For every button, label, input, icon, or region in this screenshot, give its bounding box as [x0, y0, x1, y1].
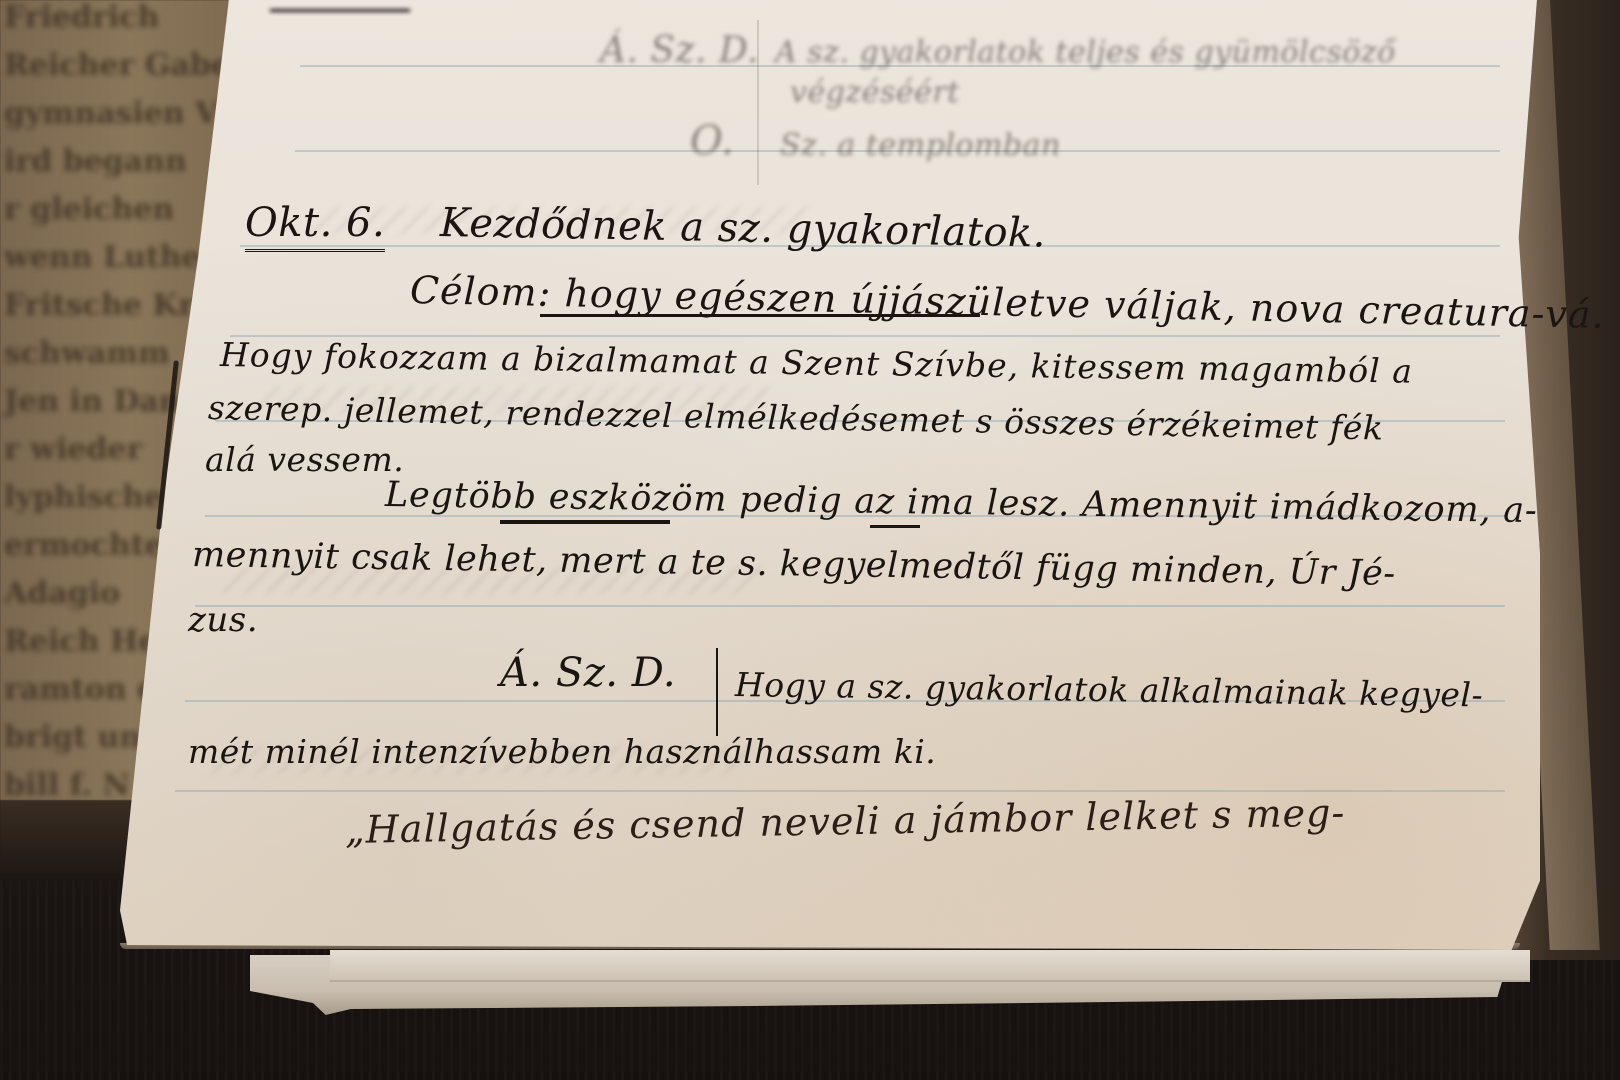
photo-scene: Friedrich Reicher Gabe gymnasien V ird b…: [0, 0, 1620, 1080]
underline-stroke: [540, 312, 980, 317]
page-stack-top: [330, 950, 1530, 982]
entry-label: Á. Sz. D.: [500, 650, 676, 696]
faded-entry-text: A sz. gyakorlatok teljes és gyümölcsöző: [775, 35, 1396, 70]
entry-divider: [716, 648, 718, 736]
ruled-line: [230, 335, 1500, 337]
faded-entry-text: Sz. a templomban: [780, 128, 1061, 163]
underline-stroke: [870, 525, 920, 528]
faded-divider: [757, 20, 759, 185]
entry-date: Okt. 6.: [245, 200, 385, 252]
handwritten-line: zus.: [188, 600, 258, 640]
faded-heading-fragment: [270, 0, 410, 12]
entry-text: mét minél intenzívebben használhassam ki…: [188, 732, 936, 771]
faded-entry-label: Á. Sz. D.: [600, 30, 759, 71]
print-line: Friedrich: [0, 0, 260, 48]
ruled-line: [195, 605, 1505, 607]
faded-entry-label: O.: [690, 118, 734, 164]
underline-stroke: [500, 520, 670, 524]
handwritten-line: alá vessem.: [205, 440, 404, 479]
faded-entry-text: végzéséért: [790, 75, 960, 110]
